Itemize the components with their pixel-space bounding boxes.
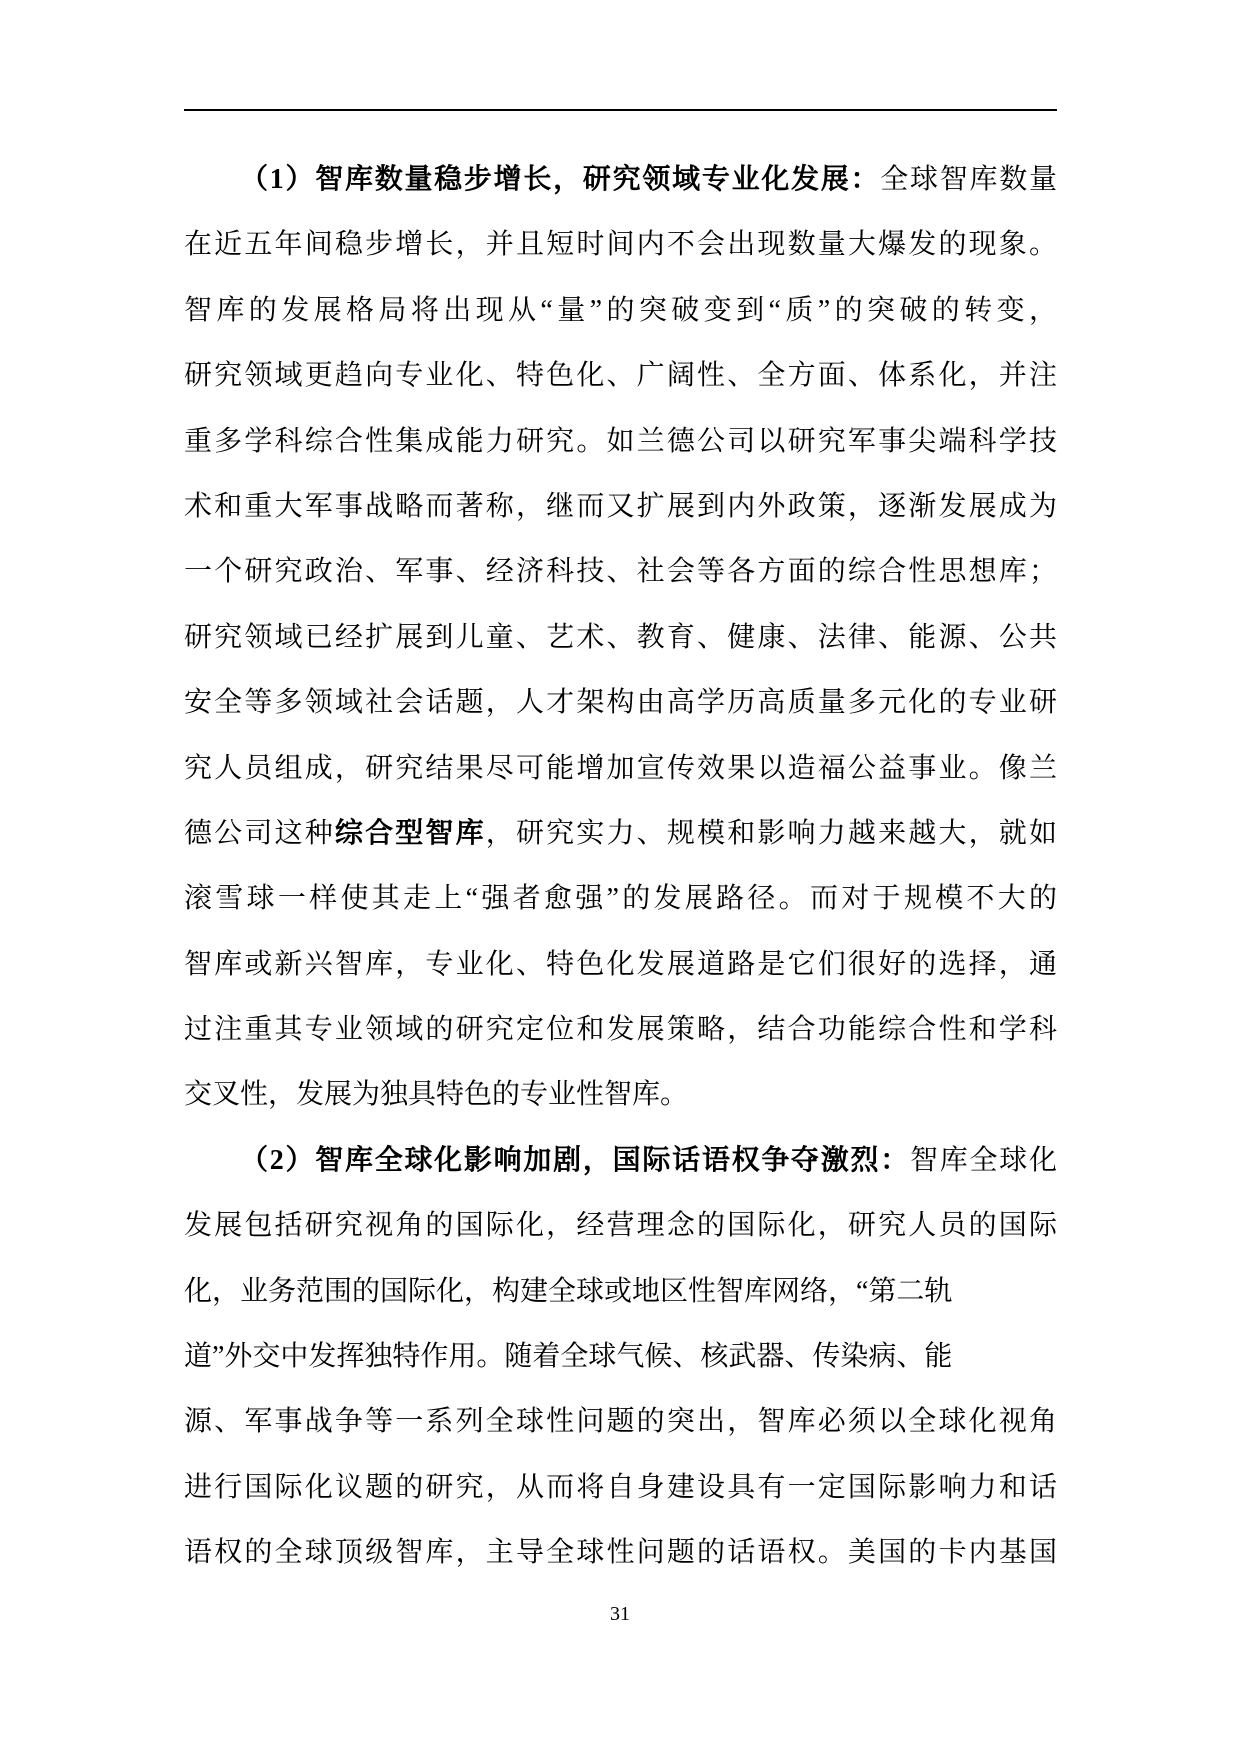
text-line: （2）智库全球化影响加剧，国际话语权争夺激烈：智库全球化 (184, 1128, 1057, 1193)
text-line: 智库或新兴智库，专业化、特色化发展道路是它们很好的选择，通 (184, 932, 1057, 997)
text-run: 全球智库数量 (880, 164, 1057, 195)
text-run: 发展包括研究视角的国际化，经营理念的国际化，研究人员的国际 (184, 1210, 1057, 1241)
text-run: 重多学科综合性集成能力研究。如兰德公司以研究军事尖端科学技 (184, 426, 1057, 457)
text-line: 化，业务范围的国际化，构建全球或地区性智库网络，“第二轨 (184, 1259, 1057, 1324)
text-run: 德公司这种 (184, 818, 335, 849)
text-run: 智库的发展格局将出现从“量”的突破变到“质”的突破的转变， (184, 295, 1057, 326)
text-run: 进行国际化议题的研究，从而将自身建设具有一定国际影响力和话 (184, 1472, 1057, 1503)
bold-text-run: （2）智库全球化影响加剧，国际话语权争夺激烈： (240, 1145, 910, 1176)
text-run: 化，业务范围的国际化，构建全球或地区性智库网络，“第二轨 (184, 1276, 952, 1307)
text-line: （1）智库数量稳步增长，研究领域专业化发展：全球智库数量 (184, 147, 1057, 212)
text-run: 源、军事战争等一系列全球性问题的突出，智库必须以全球化视角 (184, 1406, 1057, 1437)
text-line: 发展包括研究视角的国际化，经营理念的国际化，研究人员的国际 (184, 1193, 1057, 1258)
text-line: 智库的发展格局将出现从“量”的突破变到“质”的突破的转变， (184, 278, 1057, 343)
text-line: 一个研究政治、军事、经济科技、社会等各方面的综合性思想库； (184, 539, 1057, 604)
text-line: 滚雪球一样使其走上“强者愈强”的发展路径。而对于规模不大的 (184, 866, 1057, 931)
header-rule (184, 109, 1057, 111)
text-run: 语权的全球顶级智库，主导全球性问题的话语权。美国的卡内基国 (184, 1537, 1057, 1568)
document-body: （1）智库数量稳步增长，研究领域专业化发展：全球智库数量在近五年间稳步增长，并且… (184, 147, 1057, 1586)
text-run: 过注重其专业领域的研究定位和发展策略，结合功能综合性和学科 (184, 1014, 1057, 1045)
document-page: （1）智库数量稳步增长，研究领域专业化发展：全球智库数量在近五年间稳步增长，并且… (0, 0, 1240, 1753)
text-run: 在近五年间稳步增长，并且短时间内不会出现数量大爆发的现象。 (184, 229, 1057, 260)
text-line: 语权的全球顶级智库，主导全球性问题的话语权。美国的卡内基国 (184, 1520, 1057, 1585)
page-number: 31 (0, 1603, 1240, 1626)
text-run: 智库全球化 (910, 1145, 1057, 1176)
text-line: 进行国际化议题的研究，从而将自身建设具有一定国际影响力和话 (184, 1455, 1057, 1520)
text-run: 一个研究政治、军事、经济科技、社会等各方面的综合性思想库； (184, 556, 1057, 587)
text-run: 究人员组成，研究结果尽可能增加宣传效果以造福公益事业。像兰 (184, 753, 1057, 784)
text-line: 道”外交中发挥独特作用。随着全球气候、核武器、传染病、能 (184, 1324, 1057, 1389)
text-line: 德公司这种综合型智库，研究实力、规模和影响力越来越大，就如 (184, 801, 1057, 866)
bold-text-run: 综合型智库 (335, 818, 486, 849)
text-run: 研究领域更趋向专业化、特色化、广阔性、全方面、体系化，并注 (184, 360, 1057, 391)
text-line: 过注重其专业领域的研究定位和发展策略，结合功能综合性和学科 (184, 997, 1057, 1062)
text-line: 交叉性，发展为独具特色的专业性智库。 (184, 1062, 1057, 1127)
text-run: 智库或新兴智库，专业化、特色化发展道路是它们很好的选择，通 (184, 949, 1057, 980)
text-line: 安全等多领域社会话题，人才架构由高学历高质量多元化的专业研 (184, 670, 1057, 735)
text-run: 研究领域已经扩展到儿童、艺术、教育、健康、法律、能源、公共 (184, 622, 1057, 653)
text-run: 道”外交中发挥独特作用。随着全球气候、核武器、传染病、能 (184, 1341, 952, 1372)
text-line: 重多学科综合性集成能力研究。如兰德公司以研究军事尖端科学技 (184, 409, 1057, 474)
text-run: 滚雪球一样使其走上“强者愈强”的发展路径。而对于规模不大的 (184, 883, 1057, 914)
text-line: 究人员组成，研究结果尽可能增加宣传效果以造福公益事业。像兰 (184, 736, 1057, 801)
text-line: 术和重大军事战略而著称，继而又扩展到内外政策，逐渐发展成为 (184, 474, 1057, 539)
text-line: 在近五年间稳步增长，并且短时间内不会出现数量大爆发的现象。 (184, 212, 1057, 277)
text-run: ，研究实力、规模和影响力越来越大，就如 (486, 818, 1057, 849)
text-run: 交叉性，发展为独具特色的专业性智库。 (184, 1079, 688, 1110)
bold-text-run: （1）智库数量稳步增长，研究领域专业化发展： (240, 164, 880, 195)
text-line: 研究领域已经扩展到儿童、艺术、教育、健康、法律、能源、公共 (184, 605, 1057, 670)
text-run: 安全等多领域社会话题，人才架构由高学历高质量多元化的专业研 (184, 687, 1057, 718)
text-run: 术和重大军事战略而著称，继而又扩展到内外政策，逐渐发展成为 (184, 491, 1057, 522)
text-line: 研究领域更趋向专业化、特色化、广阔性、全方面、体系化，并注 (184, 343, 1057, 408)
text-line: 源、军事战争等一系列全球性问题的突出，智库必须以全球化视角 (184, 1389, 1057, 1454)
